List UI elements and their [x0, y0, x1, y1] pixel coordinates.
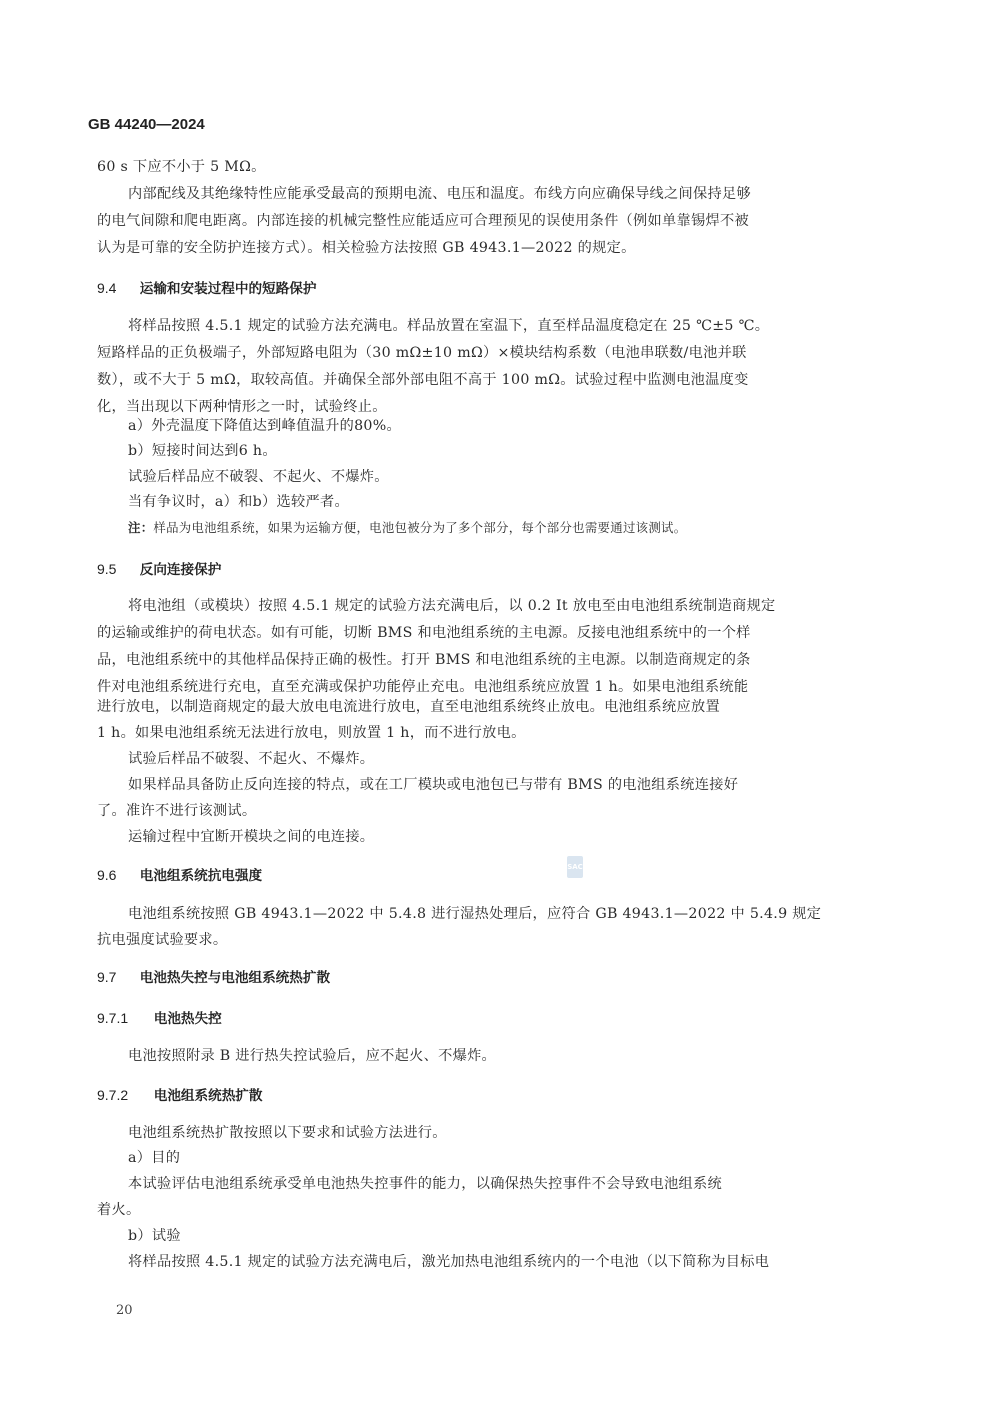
- paragraph-line: 运输过程中宜断开模块之间的电连接。: [128, 827, 374, 847]
- section-heading-9-4: 9.4 运输和安装过程中的短路保护: [97, 277, 316, 297]
- paragraph-line: 如果样品具备防止反向连接的特点，或在工厂模块或电池包已与带有 BMS 的电池组系…: [128, 775, 738, 795]
- paragraph-line: 抗电强度试验要求。: [97, 930, 227, 950]
- list-item-b: b）短接时间达到6 h。: [128, 441, 277, 461]
- result-statement: 试验后样品应不破裂、不起火、不爆炸。: [128, 467, 389, 487]
- section-title: 电池热失控与电池组系统热扩散: [140, 970, 330, 986]
- section-heading-9-6: 9.6 电池组系统抗电强度: [97, 864, 262, 884]
- dispute-statement: 当有争议时，a）和b）选较严者。: [128, 492, 349, 512]
- paragraph-line: 电池组系统按照 GB 4943.1—2022 中 5.4.8 进行湿热处理后，应…: [128, 904, 821, 924]
- section-heading-9-5: 9.5 反向连接保护: [97, 558, 221, 578]
- sac-watermark-logo: SAC: [567, 856, 583, 878]
- note-label: 注：: [128, 520, 153, 535]
- paragraph-line: 进行放电，以制造商规定的最大放电电流进行放电，直至电池组系统终止放电。电池组系统…: [97, 697, 720, 717]
- paragraph-line: 件对电池组系统进行充电，直至充满或保护功能停止充电。电池组系统应放置 1 h。如…: [97, 677, 748, 697]
- paragraph-line: 将样品按照 4.5.1 规定的试验方法充满电。样品放置在室温下，直至样品温度稳定…: [128, 316, 769, 336]
- paragraph-line: 将样品按照 4.5.1 规定的试验方法充满电后，激光加热电池组系统内的一个电池（…: [128, 1252, 769, 1272]
- paragraph-line: 品，电池组系统中的其他样品保持正确的极性。打开 BMS 和电池组系统的主电源。以…: [97, 650, 751, 670]
- section-heading-9-7: 9.7 电池热失控与电池组系统热扩散: [97, 966, 330, 986]
- document-page: GB 44240—2024 60 s 下应不小于 5 MΩ。 内部配线及其绝缘特…: [0, 0, 1000, 1414]
- paragraph-line: 着火。: [97, 1200, 140, 1220]
- list-item-a: a）目的: [128, 1148, 180, 1168]
- list-item-a: a）外壳温度下降值达到峰值温升的80%。: [128, 416, 401, 436]
- list-item-b: b）试验: [128, 1226, 181, 1246]
- standard-id-header: GB 44240—2024: [88, 116, 205, 133]
- paragraph-line: 的电气间隙和爬电距离。内部连接的机械完整性应能适应可合理预见的误使用条件（例如单…: [97, 211, 749, 231]
- section-number: 9.7.1: [97, 1010, 149, 1026]
- paragraph-line: 化，当出现以下两种情形之一时，试验终止。: [97, 397, 387, 417]
- note: 注：样品为电池组系统，如果为运输方便，电池包被分为了多个部分，每个部分也需要通过…: [128, 518, 686, 538]
- paragraph-line: 了。准许不进行该测试。: [97, 801, 256, 821]
- section-number: 9.5: [97, 561, 135, 577]
- section-title: 电池组系统热扩散: [154, 1088, 263, 1104]
- section-number: 9.7: [97, 969, 135, 985]
- paragraph-line: 认为是可靠的安全防护连接方式）。相关检验方法按照 GB 4943.1—2022 …: [97, 238, 636, 258]
- section-title: 反向连接保护: [140, 562, 222, 578]
- section-number: 9.7.2: [97, 1087, 149, 1103]
- paragraph-line: 将电池组（或模块）按照 4.5.1 规定的试验方法充满电后，以 0.2 It 放…: [128, 596, 776, 616]
- section-title: 运输和安装过程中的短路保护: [140, 281, 317, 297]
- paragraph-line: 的运输或维护的荷电状态。如有可能，切断 BMS 和电池组系统的主电源。反接电池组…: [97, 623, 751, 643]
- section-title: 电池热失控: [154, 1011, 222, 1027]
- section-title: 电池组系统抗电强度: [140, 868, 262, 884]
- paragraph-line: 60 s 下应不小于 5 MΩ。: [97, 157, 266, 177]
- paragraph-line: 电池按照附录 B 进行热失控试验后，应不起火、不爆炸。: [128, 1046, 496, 1066]
- paragraph-line: 1 h。如果电池组系统无法进行放电，则放置 1 h，而不进行放电。: [97, 723, 526, 743]
- paragraph-line: 电池组系统热扩散按照以下要求和试验方法进行。: [128, 1123, 447, 1143]
- section-number: 9.4: [97, 280, 135, 296]
- section-number: 9.6: [97, 867, 135, 883]
- result-statement: 试验后样品不破裂、不起火、不爆炸。: [128, 749, 374, 769]
- page-number: 20: [116, 1303, 133, 1318]
- note-text: 样品为电池组系统，如果为运输方便，电池包被分为了多个部分，每个部分也需要通过该测…: [153, 520, 686, 535]
- paragraph-line: 本试验评估电池组系统承受单电池热失控事件的能力，以确保热失控事件不会导致电池组系…: [128, 1174, 722, 1194]
- section-heading-9-7-1: 9.7.1 电池热失控: [97, 1007, 222, 1027]
- paragraph-line: 数），或不大于 5 mΩ，取较高值。并确保全部外部电阻不高于 100 mΩ。试验…: [97, 370, 749, 390]
- paragraph-line: 内部配线及其绝缘特性应能承受最高的预期电流、电压和温度。布线方向应确保导线之间保…: [128, 184, 751, 204]
- section-heading-9-7-2: 9.7.2 电池组系统热扩散: [97, 1084, 262, 1104]
- paragraph-line: 短路样品的正负极端子，外部短路电阻为（30 mΩ±10 mΩ）×模块结构系数（电…: [97, 343, 747, 363]
